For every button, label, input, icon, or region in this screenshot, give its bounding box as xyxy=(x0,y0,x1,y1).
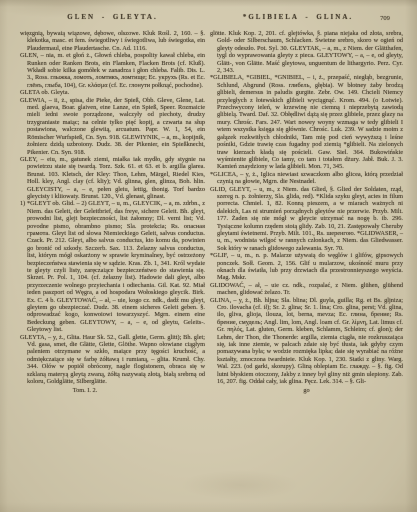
scanned-page: GLEN - GLEYTA. *GLIBIELA - GLINA. 709 wi… xyxy=(0,0,417,512)
dictionary-paragraph: *GLIBIELA, *GIBIEL, *GNIBIEL, – i, ż., p… xyxy=(210,74,403,170)
dictionary-paragraph: GLETA ob. Gleyta. xyxy=(20,89,205,96)
right-column-text: glötte. Kluk Kop. 2, 201. cf. glejtówka,… xyxy=(210,30,403,386)
dictionary-paragraph: GLEYTA, – y, ż., Glita. Haur Sk. 52., Ga… xyxy=(20,334,205,386)
left-column-text: więzgnią, bywaią wiązowe, dębowe, olszow… xyxy=(20,30,205,386)
dictionary-paragraph: glötte. Kluk Kop. 2, 201. cf. glejtówka,… xyxy=(210,30,403,74)
dictionary-paragraph: GLEWIA, – ii, ż., spisa, die Pieke, der … xyxy=(20,97,205,156)
signature-mark: Tom. I. 2. xyxy=(20,387,205,394)
dictionary-paragraph: *GLIF, – u, m., n. p. Malarze używaią do… xyxy=(210,252,403,282)
left-column: więzgnią, bywaią wiązowe, dębowe, olszow… xyxy=(20,30,205,394)
page-number: 709 xyxy=(368,15,402,22)
paper-stain xyxy=(180,470,300,500)
catchword: go xyxy=(210,387,403,394)
dictionary-paragraph: 1) *GLEYT ob. Glid. – 2) GLEYT, – u, m.,… xyxy=(20,200,205,333)
dictionary-paragraph: GLIDOWAĆ, – ał, – uie cz. ndk., rozpalać… xyxy=(210,282,403,297)
running-head-right: *GLIBIELA - GLINA. xyxy=(214,13,382,21)
dictionary-paragraph: GLEY, – eiu, m., gatunek ziemi, miałka i… xyxy=(20,156,205,200)
dictionary-paragraph: GLEN, – nia, m. et głoń ż., Głowń chleba… xyxy=(20,52,205,89)
dictionary-paragraph: więzgnią, bywaią wiązowe, dębowe, olszow… xyxy=(20,30,205,52)
dictionary-paragraph: GLINA, – y, ż., Bh. hljna; Sla. blina; D… xyxy=(210,297,403,386)
right-column: glötte. Kluk Kop. 2, 201. cf. glejtówka,… xyxy=(210,30,403,394)
dictionary-paragraph: GLID, GLEYT, – u, m., z Niem. das Glied,… xyxy=(210,186,403,253)
dictionary-paragraph: *GLICEA, – y, ż., Iglica niewiast szwacz… xyxy=(210,171,403,186)
running-head-left: GLEN - GLEYTA. xyxy=(20,13,205,21)
